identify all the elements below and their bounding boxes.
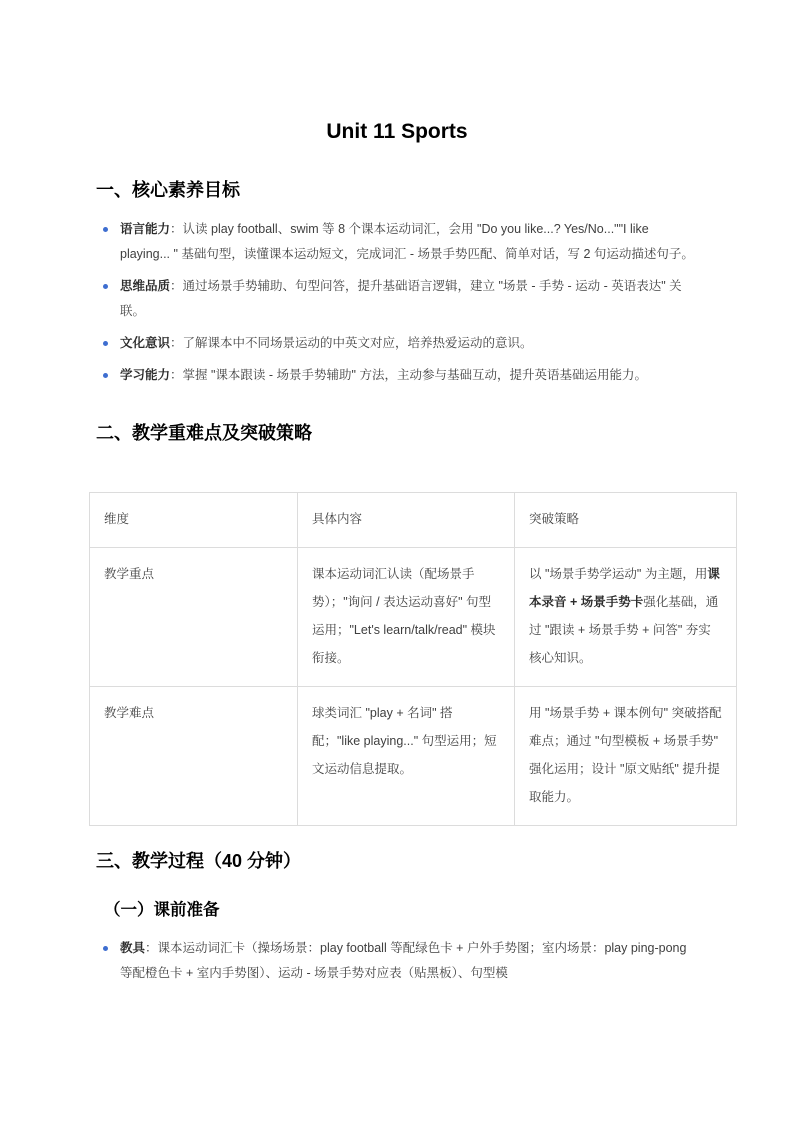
list-item: 教具：课本运动词汇卡（操场场景：play football 等配绿色卡 + 户外… xyxy=(96,936,698,986)
table-row: 教学难点 球类词汇 "play + 名词" 搭配；"like playing..… xyxy=(90,687,737,826)
bullet-body: ：通过场景手势辅助、句型问答，提升基础语言逻辑，建立 "场景 - 手势 - 运动… xyxy=(120,279,682,318)
key-points-table: 维度 具体内容 突破策略 教学重点 课本运动词汇认读（配场景手势）；"询问 / … xyxy=(89,492,737,826)
table-header-row: 维度 具体内容 突破策略 xyxy=(90,493,737,548)
strategy-text: 以 "场景手势学运动" 为主题，用 xyxy=(529,567,707,581)
bullet-icon xyxy=(103,373,108,378)
bullet-body: ：掌握 "课本跟读 - 场景手势辅助" 方法，主动参与基础互动，提升英语基础运用… xyxy=(170,368,647,382)
subsection-preparation-heading: （一）课前准备 xyxy=(96,898,698,922)
bullet-icon xyxy=(103,284,108,289)
strategy-text: 用 "场景手势 + 课本例句" 突破搭配难点；通过 "句型模板 + 场景手势" … xyxy=(529,706,722,804)
bullet-label: 思维品质 xyxy=(120,279,170,293)
table-header-strategy: 突破策略 xyxy=(515,493,737,548)
cell-content: 球类词汇 "play + 名词" 搭配；"like playing..." 句型… xyxy=(298,687,515,826)
bullet-icon xyxy=(103,946,108,951)
core-goals-list: 语言能力：认读 play football、swim 等 8 个课本运动词汇，会… xyxy=(96,217,698,388)
list-item-text: 思维品质：通过场景手势辅助、句型问答，提升基础语言逻辑，建立 "场景 - 手势 … xyxy=(120,279,682,318)
bullet-label: 语言能力 xyxy=(120,222,170,236)
bullet-body: ：了解课本中不同场景运动的中英文对应，培养热爱运动的意识。 xyxy=(170,336,533,350)
bullet-body: ：课本运动词汇卡（操场场景：play football 等配绿色卡 + 户外手势… xyxy=(120,941,686,980)
list-item-text: 文化意识：了解课本中不同场景运动的中英文对应，培养热爱运动的意识。 xyxy=(120,336,533,350)
cell-content: 课本运动词汇认读（配场景手势）；"询问 / 表达运动喜好" 句型运用；"Let'… xyxy=(298,548,515,687)
section-core-heading: 一、核心素养目标 xyxy=(96,177,698,203)
list-item: 学习能力：掌握 "课本跟读 - 场景手势辅助" 方法，主动参与基础互动，提升英语… xyxy=(96,363,698,388)
list-item: 语言能力：认读 play football、swim 等 8 个课本运动词汇，会… xyxy=(96,217,698,267)
table-header-content: 具体内容 xyxy=(298,493,515,548)
list-item-text: 教具：课本运动词汇卡（操场场景：play football 等配绿色卡 + 户外… xyxy=(120,941,686,980)
cell-strategy: 以 "场景手势学运动" 为主题，用课本录音 + 场景手势卡强化基础，通过 "跟读… xyxy=(515,548,737,687)
bullet-label: 文化意识 xyxy=(120,336,170,350)
bullet-icon xyxy=(103,341,108,346)
bullet-label: 学习能力 xyxy=(120,368,170,382)
table-header-dimension: 维度 xyxy=(90,493,298,548)
cell-dimension: 教学难点 xyxy=(90,687,298,826)
table-row: 教学重点 课本运动词汇认读（配场景手势）；"询问 / 表达运动喜好" 句型运用；… xyxy=(90,548,737,687)
document-page: Unit 11 Sports 一、核心素养目标 语言能力：认读 play foo… xyxy=(0,0,794,1123)
section-process-heading: 三、教学过程（40 分钟） xyxy=(96,848,698,874)
document-title: Unit 11 Sports xyxy=(96,118,698,145)
bullet-label: 教具 xyxy=(120,941,145,955)
bullet-icon xyxy=(103,227,108,232)
preparation-list: 教具：课本运动词汇卡（操场场景：play football 等配绿色卡 + 户外… xyxy=(96,936,698,986)
list-item: 思维品质：通过场景手势辅助、句型问答，提升基础语言逻辑，建立 "场景 - 手势 … xyxy=(96,274,698,324)
list-item-text: 学习能力：掌握 "课本跟读 - 场景手势辅助" 方法，主动参与基础互动，提升英语… xyxy=(120,368,647,382)
bullet-body: ：认读 play football、swim 等 8 个课本运动词汇，会用 "D… xyxy=(120,222,694,261)
section-table-heading: 二、教学重难点及突破策略 xyxy=(96,420,698,446)
list-item-text: 语言能力：认读 play football、swim 等 8 个课本运动词汇，会… xyxy=(120,222,694,261)
cell-strategy: 用 "场景手势 + 课本例句" 突破搭配难点；通过 "句型模板 + 场景手势" … xyxy=(515,687,737,826)
list-item: 文化意识：了解课本中不同场景运动的中英文对应，培养热爱运动的意识。 xyxy=(96,331,698,356)
cell-dimension: 教学重点 xyxy=(90,548,298,687)
